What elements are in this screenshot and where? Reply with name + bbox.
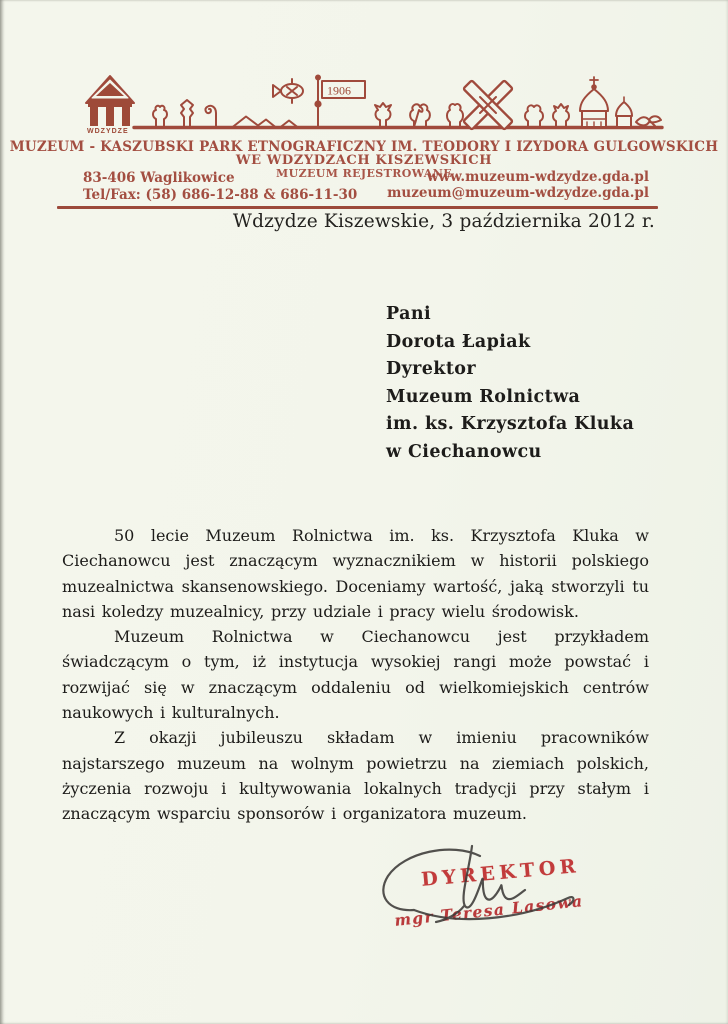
body-paragraph: Z okazji jubileuszu składam w imieniu pr…	[62, 725, 649, 826]
recipient-line: Dorota Łapiak	[386, 329, 634, 357]
letterhead-contact-left: 83-406 Waglikowice Tel/Fax: (58) 686-12-…	[83, 170, 357, 204]
letterhead-address: 83-406 Waglikowice	[83, 170, 357, 187]
recipient-line: Pani	[386, 301, 634, 329]
letterhead-website: www.muzeum-wdzydze.gda.pl	[387, 169, 649, 185]
bird-icon	[636, 116, 661, 126]
letter-body: 50 lecie Muzeum Rolnictwa im. ks. Krzysz…	[62, 523, 649, 827]
fence-post-icon	[410, 104, 430, 127]
fence-post-icon	[375, 103, 391, 127]
scanned-letter-page: WDZYDZE 1906	[0, 0, 728, 1024]
recipient-block: Pani Dorota Łapiak Dyrektor Muzeum Rolni…	[386, 301, 634, 467]
recipient-line: Muzeum Rolnictwa	[386, 384, 634, 412]
recipient-line: w Ciechanowcu	[386, 439, 634, 467]
fence-post-icon	[153, 106, 167, 127]
letterhead-title-line2: WE WDZYDZACH KISZEWSKICH	[0, 153, 728, 168]
house-gate-icon	[86, 76, 134, 126]
letterhead-email: muzeum@muzeum-wdzydze.gda.pl	[387, 185, 649, 201]
handwritten-signature	[368, 840, 598, 955]
recipient-line: Dyrektor	[386, 356, 634, 384]
letterhead-contact-right: www.muzeum-wdzydze.gda.pl muzeum@muzeum-…	[387, 169, 649, 201]
body-paragraph: 50 lecie Muzeum Rolnictwa im. ks. Krzysz…	[62, 523, 649, 624]
fence-post-icon	[525, 105, 543, 127]
chapel-icon	[616, 97, 632, 127]
fence-post-icon	[181, 100, 193, 127]
letterhead-logo-skyline: WDZYDZE 1906	[84, 74, 664, 138]
logo-site-label: WDZYDZE	[87, 128, 129, 135]
logo-flag-year: 1906	[327, 84, 351, 98]
signature-stroke	[464, 846, 525, 908]
fence-post-icon	[553, 104, 569, 127]
recipient-line: im. ks. Krzysztofa Kluka	[386, 411, 634, 439]
church-icon	[580, 77, 608, 127]
letterhead-divider-rule	[57, 206, 658, 209]
fish-emblem-icon	[273, 79, 303, 103]
body-paragraph: Muzeum Rolnictwa w Ciechanowcu jest przy…	[62, 624, 649, 725]
fence-post-icon	[206, 106, 216, 127]
fence-post-icon	[447, 104, 463, 127]
dateline: Wdzydze Kiszewskie, 3 października 2012 …	[233, 211, 655, 232]
windmill-icon	[463, 80, 512, 129]
signature-stroke	[414, 897, 573, 919]
letterhead-phone: Tel/Fax: (58) 686-12-88 & 686-11-30	[83, 187, 357, 204]
